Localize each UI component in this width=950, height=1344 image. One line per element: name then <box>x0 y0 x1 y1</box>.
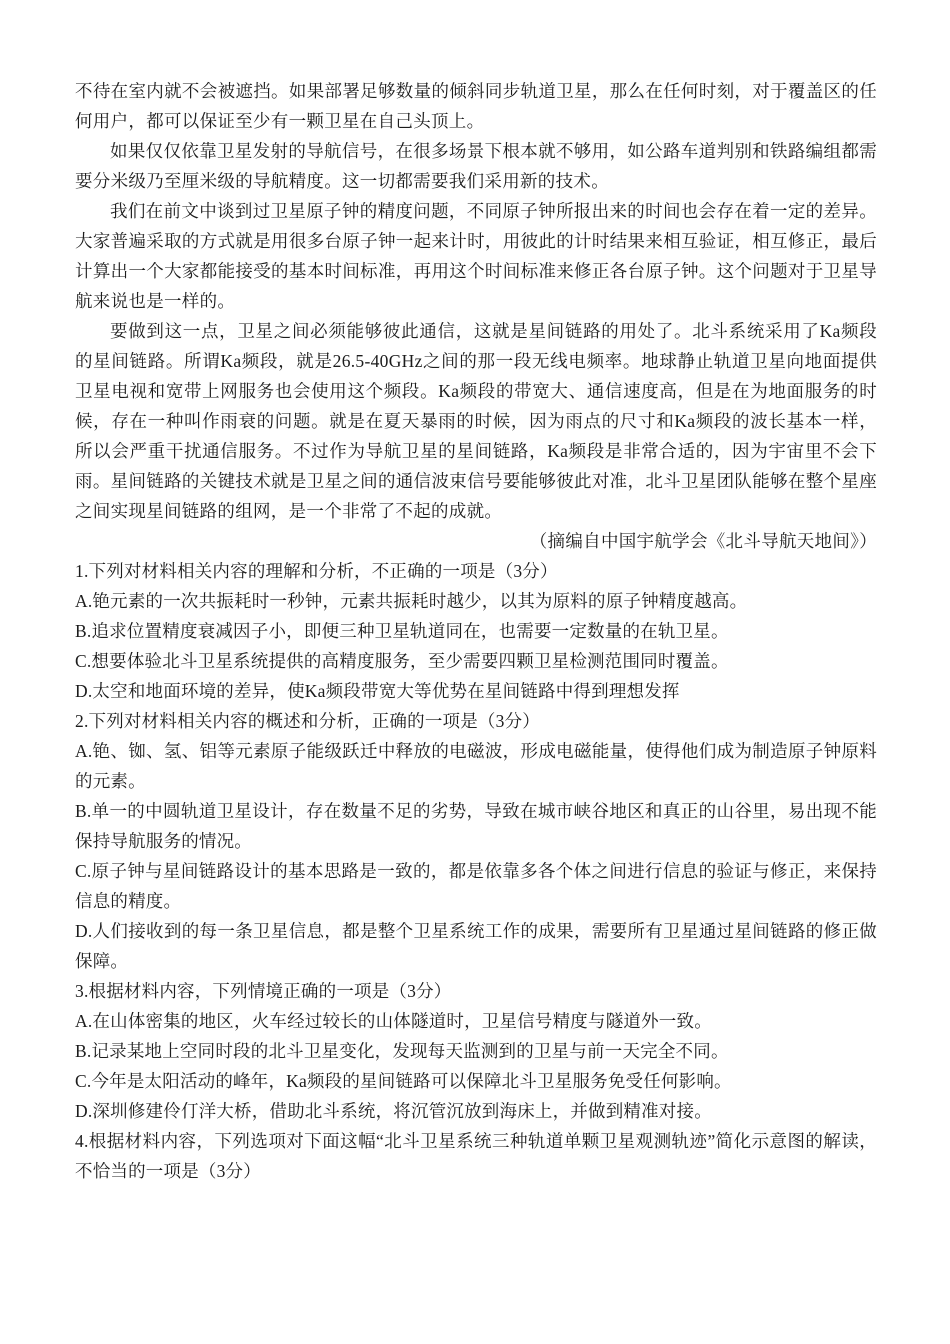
question-1: 1.下列对材料相关内容的理解和分析，不正确的一项是（3分） A.铯元素的一次共振… <box>75 556 877 706</box>
question-3: 3.根据材料内容，下列情境正确的一项是（3分） A.在山体密集的地区，火车经过较… <box>75 976 877 1126</box>
question-3-option-b: B.记录某地上空同时段的北斗卫星变化，发现每天监测到的卫星与前一天完全不同。 <box>75 1036 877 1066</box>
passage-paragraph-3: 我们在前文中谈到过卫星原子钟的精度问题，不同原子钟所报出来的时间也会存在着一定的… <box>75 196 877 316</box>
question-3-stem: 3.根据材料内容，下列情境正确的一项是（3分） <box>75 976 877 1006</box>
passage-paragraph-1: 不待在室内就不会被遮挡。如果部署足够数量的倾斜同步轨道卫星，那么在任何时刻，对于… <box>75 76 877 136</box>
question-1-option-c: C.想要体验北斗卫星系统提供的高精度服务，至少需要四颗卫星检测范围同时覆盖。 <box>75 646 877 676</box>
question-3-option-a: A.在山体密集的地区，火车经过较长的山体隧道时，卫星信号精度与隧道外一致。 <box>75 1006 877 1036</box>
question-1-option-b: B.追求位置精度衰减因子小，即便三种卫星轨道同在，也需要一定数量的在轨卫星。 <box>75 616 877 646</box>
passage-attribution: （摘编自中国宇航学会《北斗导航天地间》） <box>75 526 877 556</box>
question-4-stem: 4.根据材料内容，下列选项对下面这幅“北斗卫星系统三种轨道单颗卫星观测轨迹”简化… <box>75 1126 877 1186</box>
question-1-stem: 1.下列对材料相关内容的理解和分析，不正确的一项是（3分） <box>75 556 877 586</box>
question-2: 2.下列对材料相关内容的概述和分析，正确的一项是（3分） A.铯、铷、氢、铝等元… <box>75 706 877 976</box>
question-2-option-b: B.单一的中圆轨道卫星设计，存在数量不足的劣势，导致在城市峡谷地区和真正的山谷里… <box>75 796 877 856</box>
reading-passage: 不待在室内就不会被遮挡。如果部署足够数量的倾斜同步轨道卫星，那么在任何时刻，对于… <box>75 76 877 556</box>
question-3-option-c: C.今年是太阳活动的峰年，Ka频段的星间链路可以保障北斗卫星服务免受任何影响。 <box>75 1066 877 1096</box>
exam-page: 不待在室内就不会被遮挡。如果部署足够数量的倾斜同步轨道卫星，那么在任何时刻，对于… <box>0 0 950 1344</box>
question-1-option-d: D.太空和地面环境的差异，使Ka频段带宽大等优势在星间链路中得到理想发挥 <box>75 676 877 706</box>
question-2-option-a: A.铯、铷、氢、铝等元素原子能级跃迁中释放的电磁波，形成电磁能量，使得他们成为制… <box>75 736 877 796</box>
questions-section: 1.下列对材料相关内容的理解和分析，不正确的一项是（3分） A.铯元素的一次共振… <box>75 556 877 1186</box>
question-3-option-d: D.深圳修建伶仃洋大桥，借助北斗系统，将沉管沉放到海床上，并做到精准对接。 <box>75 1096 877 1126</box>
passage-paragraph-4: 要做到这一点，卫星之间必须能够彼此通信，这就是星间链路的用处了。北斗系统采用了K… <box>75 316 877 526</box>
passage-paragraph-2: 如果仅仅依靠卫星发射的导航信号，在很多场景下根本就不够用，如公路车道判别和铁路编… <box>75 136 877 196</box>
question-2-option-d: D.人们接收到的每一条卫星信息，都是整个卫星系统工作的成果，需要所有卫星通过星间… <box>75 916 877 976</box>
question-2-option-c: C.原子钟与星间链路设计的基本思路是一致的，都是依靠多各个体之间进行信息的验证与… <box>75 856 877 916</box>
question-4: 4.根据材料内容，下列选项对下面这幅“北斗卫星系统三种轨道单颗卫星观测轨迹”简化… <box>75 1126 877 1186</box>
question-2-stem: 2.下列对材料相关内容的概述和分析，正确的一项是（3分） <box>75 706 877 736</box>
question-1-option-a: A.铯元素的一次共振耗时一秒钟，元素共振耗时越少，以其为原料的原子钟精度越高。 <box>75 586 877 616</box>
